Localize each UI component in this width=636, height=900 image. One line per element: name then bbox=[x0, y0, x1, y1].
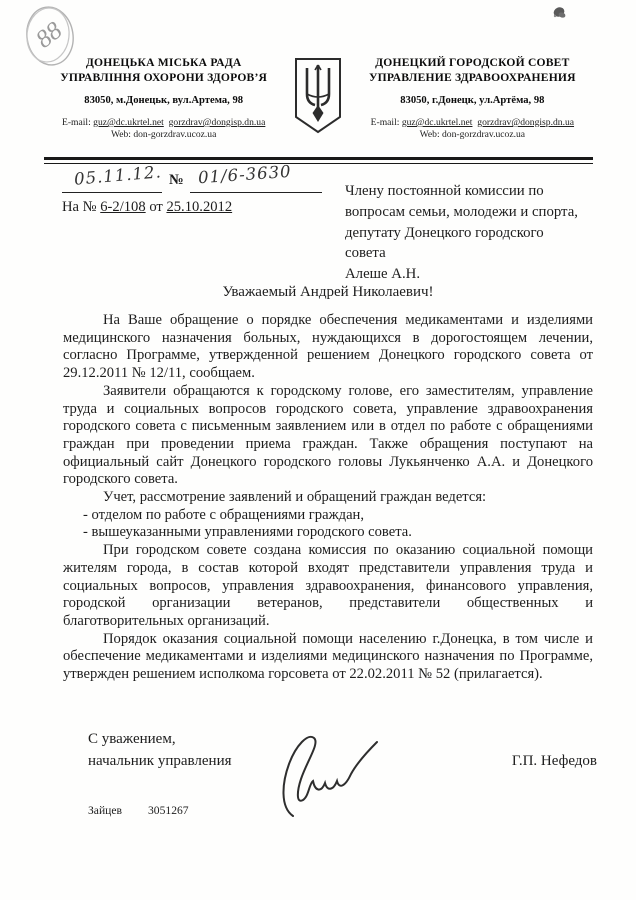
scanned-letter-page: 88 ДОНЕЦЬКА МІСЬКА РАДА УПРАВЛІННЯ ОХОРО… bbox=[0, 0, 636, 900]
reference-block: 05.11.12. № 01/6-3630 На № 6-2/108 от 25… bbox=[62, 168, 322, 216]
number-underline bbox=[190, 192, 322, 193]
outgoing-reference-row: 05.11.12. № 01/6-3630 bbox=[62, 168, 322, 196]
body-list-item-1: - отделом по работе с обращениями гражда… bbox=[63, 507, 593, 525]
letterhead-russian-block: ДОНЕЦКИЙ ГОРОДСКОЙ СОВЕТ УПРАВЛЕНИЕ ЗДРА… bbox=[345, 55, 600, 145]
reply-prefix: На № bbox=[62, 199, 97, 215]
executor-phone: 3051267 bbox=[148, 804, 189, 817]
email-address-1: guz@dc.ukrtel.net bbox=[402, 117, 473, 128]
incoming-number: 6-2/108 bbox=[100, 199, 145, 215]
body-paragraph-2: Заявители обращаются к городскому голове… bbox=[63, 383, 593, 489]
signer-name: Г.П. Нефедов bbox=[512, 753, 597, 770]
letter-body: На Ваше обращение о порядке обеспечения … bbox=[63, 312, 593, 684]
incoming-reference-row: На № 6-2/108 от 25.10.2012 bbox=[62, 199, 322, 216]
org-website-uk: Web: don-gorzdrav.ucoz.ua bbox=[36, 129, 291, 140]
body-paragraph-5: Порядок оказания социальной помощи насел… bbox=[63, 631, 593, 684]
email-label: E-mail: bbox=[371, 117, 400, 128]
signer-title: начальник управления bbox=[88, 753, 232, 770]
emblem-container bbox=[291, 55, 344, 145]
incoming-date: 25.10.2012 bbox=[166, 199, 232, 215]
letterhead-divider-rule bbox=[44, 157, 593, 164]
org-address-uk: 83050, м.Донецьк, вул.Артема, 98 bbox=[36, 95, 291, 106]
reply-from-word: от bbox=[149, 199, 162, 215]
handwritten-outgoing-number: 01/6-3630 bbox=[197, 162, 292, 187]
number-sign: № bbox=[169, 172, 184, 189]
email-address-2: gorzdrav@dongisp.dn.ua bbox=[169, 117, 266, 128]
body-paragraph-1: На Ваше обращение о порядке обеспечения … bbox=[63, 312, 593, 383]
org-name-ru-line1: ДОНЕЦКИЙ ГОРОДСКОЙ СОВЕТ bbox=[345, 55, 600, 70]
body-list-item-2: - вышеуказанными управлениями городского… bbox=[63, 524, 593, 542]
org-address-ru: 83050, г.Донецк, ул.Артёма, 98 bbox=[345, 95, 600, 106]
ink-smudge bbox=[549, 3, 571, 25]
body-paragraph-3: Учет, рассмотрение заявлений и обращений… bbox=[63, 489, 593, 507]
handwritten-outgoing-date: 05.11.12. bbox=[73, 162, 162, 189]
recipient-line: вопросам семьи, молодежи и спорта, bbox=[345, 202, 607, 223]
org-name-uk-line2: УПРАВЛІННЯ ОХОРОНИ ЗДОРОВ’Я bbox=[36, 70, 291, 85]
recipient-line: депутату Донецкого городского bbox=[345, 223, 607, 244]
body-paragraph-4: При городском совете создана комиссия по… bbox=[63, 542, 593, 631]
letterhead: ДОНЕЦЬКА МІСЬКА РАДА УПРАВЛІННЯ ОХОРОНИ … bbox=[36, 55, 600, 145]
org-website-ru: Web: don-gorzdrav.ucoz.ua bbox=[345, 129, 600, 140]
email-address-2: gorzdrav@dongisp.dn.ua bbox=[477, 117, 574, 128]
org-email-line-ru: E-mail: guz@dc.ukrtel.net gorzdrav@dongi… bbox=[345, 117, 600, 128]
recipient-name: Алеше А.Н. bbox=[345, 264, 607, 285]
salutation: Уважаемый Андрей Николаевич! bbox=[63, 284, 593, 301]
date-underline bbox=[62, 192, 162, 193]
closing-regards: С уважением, bbox=[88, 731, 176, 748]
handwritten-signature bbox=[263, 713, 383, 823]
page-number-text: 88 bbox=[31, 17, 68, 54]
email-address-1: guz@dc.ukrtel.net bbox=[93, 117, 164, 128]
recipient-line: совета bbox=[345, 243, 607, 264]
recipient-block: Члену постоянной комиссии по вопросам се… bbox=[345, 181, 607, 285]
letterhead-ukrainian-block: ДОНЕЦЬКА МІСЬКА РАДА УПРАВЛІННЯ ОХОРОНИ … bbox=[36, 55, 291, 145]
recipient-line: Члену постоянной комиссии по bbox=[345, 181, 607, 202]
org-name-uk-line1: ДОНЕЦЬКА МІСЬКА РАДА bbox=[36, 55, 291, 70]
ukraine-trident-emblem-icon bbox=[292, 55, 344, 145]
executor-name: Зайцев bbox=[88, 804, 122, 817]
org-email-line-uk: E-mail: guz@dc.ukrtel.net gorzdrav@dongi… bbox=[36, 117, 291, 128]
email-label: E-mail: bbox=[62, 117, 91, 128]
org-name-ru-line2: УПРАВЛЕНИЕ ЗДРАВООХРАНЕНИЯ bbox=[345, 70, 600, 85]
